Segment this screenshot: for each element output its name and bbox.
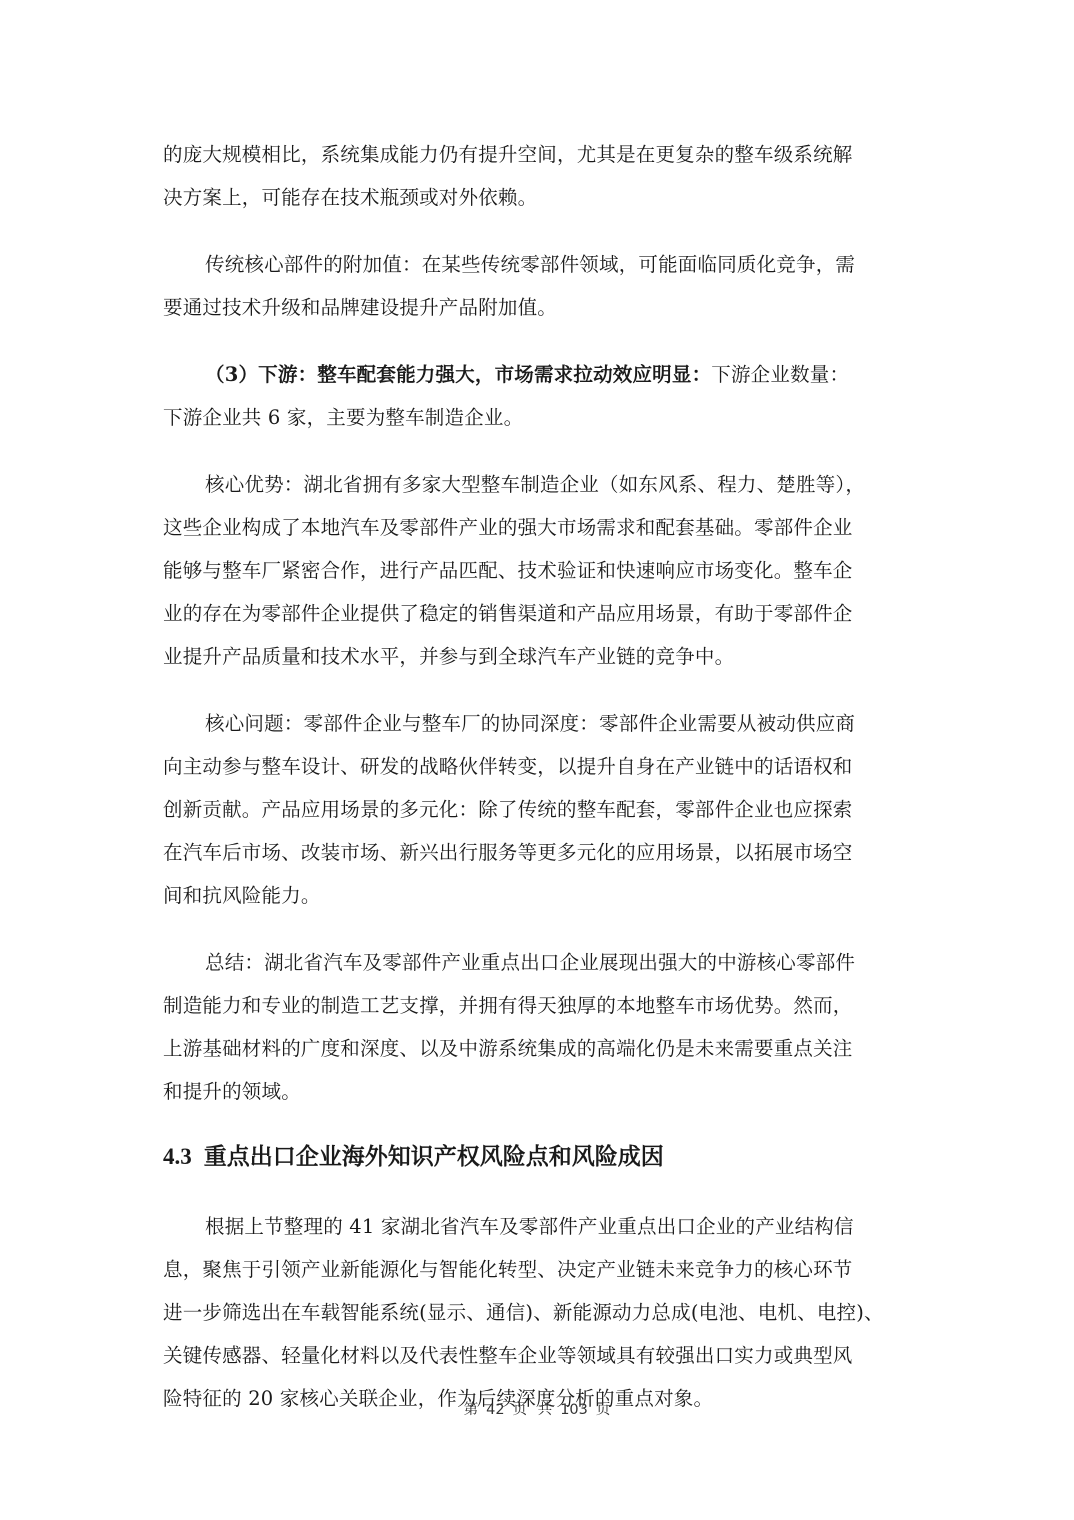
text-line: 创新贡献。产品应用场景的多元化：除了传统的整车配套，零部件企业也应探索 (163, 788, 913, 831)
text-line: 进一步筛选出在车载智能系统(显示、通信)、新能源动力总成(电池、电机、电控)、 (163, 1291, 913, 1334)
text-line: 间和抗风险能力。 (163, 874, 913, 917)
text-line: 传统核心部件的附加值：在某些传统零部件领域，可能面临同质化竞争，需 (163, 243, 913, 286)
paragraph-selection: 根据上节整理的 41 家湖北省汽车及零部件产业重点出口企业的产业结构信 息，聚焦… (163, 1205, 913, 1420)
text-line: 下游企业共 6 家，主要为整车制造企业。 (163, 396, 913, 439)
text-line: 决方案上，可能存在技术瓶颈或对外依赖。 (163, 176, 913, 219)
current-page-number: 42 (486, 1402, 504, 1418)
paragraph-system-integration: 的庞大规模相比，系统集成能力仍有提升空间，尤其是在更复杂的整车级系统解 决方案上… (163, 133, 913, 219)
text-line: 核心优势：湖北省拥有多家大型整车制造企业（如东风系、程力、楚胜等）， (163, 463, 913, 506)
downstream-count-label: 下游企业数量： (711, 363, 849, 386)
section-number: 4.3 (163, 1144, 192, 1169)
text-line: 根据上节整理的 41 家湖北省汽车及零部件产业重点出口企业的产业结构信 (163, 1205, 913, 1248)
page-content: 的庞大规模相比，系统集成能力仍有提升空间，尤其是在更复杂的整车级系统解 决方案上… (163, 133, 913, 1444)
text-line: 在汽车后市场、改装市场、新兴出行服务等更多元化的应用场景，以拓展市场空 (163, 831, 913, 874)
text-line: 上游基础材料的广度和深度、以及中游系统集成的高端化仍是未来需要重点关注 (163, 1027, 913, 1070)
text-line: 制造能力和专业的制造工艺支撑，并拥有得天独厚的本地整车市场优势。然而， (163, 984, 913, 1027)
footer-middle: 页 共 (513, 1402, 553, 1418)
text-line: 业的存在为零部件企业提供了稳定的销售渠道和产品应用场景，有助于零部件企 (163, 592, 913, 635)
text-line: 向主动参与整车设计、研发的战略伙伴转变，以提升自身在产业链中的话语权和 (163, 745, 913, 788)
section-heading: 4.3重点出口企业海外知识产权风险点和风险成因 (163, 1137, 913, 1177)
paragraph-summary: 总结：湖北省汽车及零部件产业重点出口企业展现出强大的中游核心零部件 制造能力和专… (163, 941, 913, 1113)
text-line: （3）下游：整车配套能力强大，市场需求拉动效应明显：下游企业数量： (163, 353, 913, 396)
paragraph-core-advantage: 核心优势：湖北省拥有多家大型整车制造企业（如东风系、程力、楚胜等）， 这些企业构… (163, 463, 913, 678)
text-line: 业提升产品质量和技术水平，并参与到全球汽车产业链的竞争中。 (163, 635, 913, 678)
text-line: 关键传感器、轻量化材料以及代表性整车企业等领域具有较强出口实力或典型风 (163, 1334, 913, 1377)
text-line: 息，聚焦于引领产业新能源化与智能化转型、决定产业链未来竞争力的核心环节 (163, 1248, 913, 1291)
footer-suffix: 页 (596, 1402, 611, 1418)
document-page: 的庞大规模相比，系统集成能力仍有提升空间，尤其是在更复杂的整车级系统解 决方案上… (0, 0, 1074, 1520)
paragraph-downstream: （3）下游：整车配套能力强大，市场需求拉动效应明显：下游企业数量： 下游企业共 … (163, 353, 913, 439)
paragraph-core-problem: 核心问题：零部件企业与整车厂的协同深度：零部件企业需要从被动供应商 向主动参与整… (163, 702, 913, 917)
page-footer: 第42页 共103页 (0, 1398, 1074, 1419)
total-pages: 103 (560, 1402, 588, 1418)
text-line: 的庞大规模相比，系统集成能力仍有提升空间，尤其是在更复杂的整车级系统解 (163, 133, 913, 176)
text-line: 核心问题：零部件企业与整车厂的协同深度：零部件企业需要从被动供应商 (163, 702, 913, 745)
footer-prefix: 第 (464, 1402, 479, 1418)
text-line: 和提升的领域。 (163, 1070, 913, 1113)
section-title: 重点出口企业海外知识产权风险点和风险成因 (204, 1144, 664, 1169)
text-line: 总结：湖北省汽车及零部件产业重点出口企业展现出强大的中游核心零部件 (163, 941, 913, 984)
text-line: 这些企业构成了本地汽车及零部件产业的强大市场需求和配套基础。零部件企业 (163, 506, 913, 549)
paragraph-added-value: 传统核心部件的附加值：在某些传统零部件领域，可能面临同质化竞争，需 要通过技术升… (163, 243, 913, 329)
text-line: 能够与整车厂紧密合作，进行产品匹配、技术验证和快速响应市场变化。整车企 (163, 549, 913, 592)
text-line: 要通过技术升级和品牌建设提升产品附加值。 (163, 286, 913, 329)
downstream-bold-lead: （3）下游：整车配套能力强大，市场需求拉动效应明显： (205, 363, 711, 386)
